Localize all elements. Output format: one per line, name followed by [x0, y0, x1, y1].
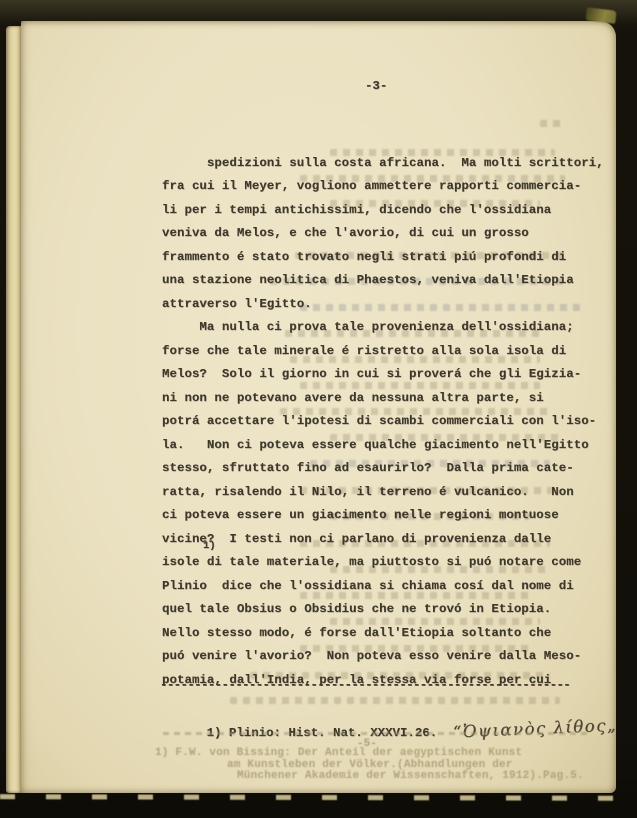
scanned-book-page-photo: -3- spedizioni sulla costa africana. Ma …: [0, 0, 637, 818]
footnote-greek-handwriting: “Ὀψιανὸς λίθος„: [453, 715, 618, 741]
body-text-lines: spedizioni sulla costa africana. Ma molt…: [162, 156, 604, 687]
bleed-through-footnote-line: 1) F.W. von Bissing: Der Anteil der aegy…: [155, 747, 522, 759]
footnote-separator-line: ----------------------------------------…: [160, 678, 605, 692]
bleed-through-footnote-line: Münchener Akademie der Wissenschaften, 1…: [237, 770, 584, 782]
footnote-marker-superscript: 1): [203, 541, 216, 551]
document-page: -3- spedizioni sulla costa africana. Ma …: [21, 21, 616, 793]
page-stack-bottom-edge: [0, 793, 637, 818]
page-number: -3-: [365, 79, 387, 93]
bleed-through-separator: [163, 732, 587, 735]
bleed-through-streak: [540, 120, 566, 127]
body-text: spedizioni sulla costa africana. Ma molt…: [162, 128, 614, 739]
